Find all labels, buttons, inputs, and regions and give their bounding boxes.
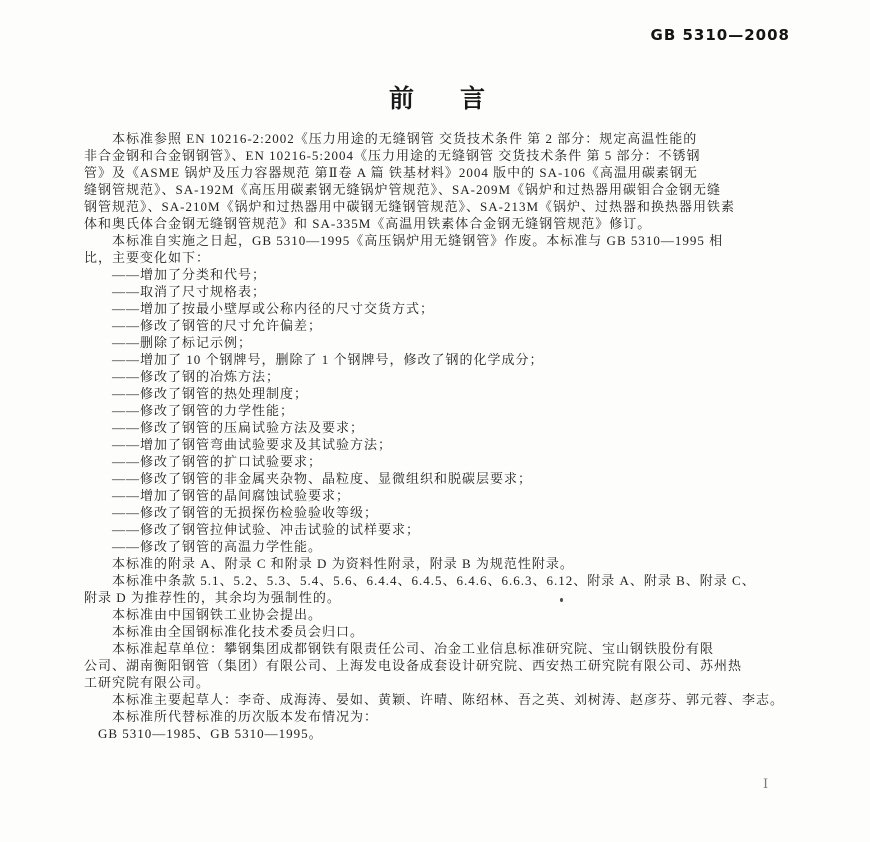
text-line: ——修改了钢管的压扁试验方法及要求；	[84, 419, 794, 436]
text-line: 缝钢管规范》、SA-192M《高压用碳素钢无缝锅炉管规范》、SA-209M《锅炉…	[84, 181, 794, 198]
text-line: ——修改了钢管的高温力学性能。	[84, 538, 794, 555]
text-line: 本标准中条款 5.1、5.2、5.3、5.4、5.6、6.4.4、6.4.5、6…	[84, 572, 794, 589]
text-line: ——修改了钢管的热处理制度；	[84, 385, 794, 402]
text-line: 工研究院有限公司。	[84, 674, 794, 691]
text-line: 钢管规范》、SA-210M《锅炉和过热器用中碳钢无缝钢管规范》、SA-213M《…	[84, 198, 794, 215]
text-line: ——修改了钢管的非金属夹杂物、晶粒度、显微组织和脱碳层要求；	[84, 470, 794, 487]
text-line: 非合金钢和合金钢钢管》、EN 10216-5:2004《压力用途的无缝钢管 交货…	[84, 147, 794, 164]
text-line: 附录 D 为推荐性的，其余均为强制性的。	[84, 589, 794, 606]
text-line: 本标准由全国钢标准化技术委员会归口。	[84, 623, 794, 640]
text-line: 本标准的附录 A、附录 C 和附录 D 为资料性附录，附录 B 为规范性附录。	[84, 555, 794, 572]
foreword-body: 本标准参照 EN 10216-2:2002《压力用途的无缝钢管 交货技术条件 第…	[84, 130, 794, 742]
title-char-qian: 前	[389, 79, 414, 115]
text-line: 本标准自实施之日起，GB 5310—1995《高压锅炉用无缝钢管》作废。本标准与…	[84, 232, 794, 249]
text-line: GB 5310—1985、GB 5310—1995。	[84, 725, 794, 742]
text-line: 公司、湖南衡阳钢管（集团）有限公司、上海发电设备成套设计研究院、西安热工研究院有…	[84, 657, 794, 674]
text-line: ——增加了按最小壁厚或公称内径的尺寸交货方式；	[84, 300, 794, 317]
text-line: ——增加了 10 个钢牌号，删除了 1 个钢牌号，修改了钢的化学成分；	[84, 351, 794, 368]
text-line: ——修改了钢管的尺寸允许偏差；	[84, 317, 794, 334]
text-line: 本标准所代替标准的历次版本发布情况为：	[84, 708, 794, 725]
text-line: 本标准起草单位：攀钢集团成都钢铁有限责任公司、冶金工业信息标准研究院、宝山钢铁股…	[84, 640, 794, 657]
ink-speck	[560, 598, 563, 602]
text-line: ——增加了钢管弯曲试验要求及其试验方法；	[84, 436, 794, 453]
text-line: 本标准参照 EN 10216-2:2002《压力用途的无缝钢管 交货技术条件 第…	[84, 130, 794, 147]
text-line: 体和奥氏体合金钢无缝钢管规范》和 SA-335M《高温用铁素体合金钢无缝钢管规范…	[84, 215, 794, 232]
title-char-yan: 言	[460, 79, 485, 115]
page-title: 前 言	[84, 79, 790, 115]
text-line: ——增加了钢管的晶间腐蚀试验要求；	[84, 487, 794, 504]
text-line: 本标准主要起草人：李奇、成海涛、晏如、黄颖、许晴、陈绍林、吾之英、刘树涛、赵彦芬…	[84, 691, 794, 708]
text-line: ——修改了钢的冶炼方法；	[84, 368, 794, 385]
text-line: ——修改了钢管的扩口试验要求；	[84, 453, 794, 470]
text-line: 本标准由中国钢铁工业协会提出。	[84, 606, 794, 623]
text-line: 管》及《ASME 锅炉及压力容器规范 第Ⅱ卷 A 篇 铁基材料》2004 版中的…	[84, 164, 794, 181]
page-number: Ⅰ	[763, 777, 768, 792]
text-line: ——修改了钢管拉伸试验、冲击试验的试样要求；	[84, 521, 794, 538]
text-line: ——取消了尺寸规格表；	[84, 283, 794, 300]
text-line: ——增加了分类和代号；	[84, 266, 794, 283]
text-line: ——删除了标记示例；	[84, 334, 794, 351]
text-line: ——修改了钢管的力学性能；	[84, 402, 794, 419]
standard-number: GB 5310—2008	[651, 26, 790, 44]
document-page: GB 5310—2008 前 言 本标准参照 EN 10216-2:2002《压…	[0, 0, 870, 842]
text-line: ——修改了钢管的无损探伤检验验收等级；	[84, 504, 794, 521]
text-line: 比，主要变化如下：	[84, 249, 794, 266]
